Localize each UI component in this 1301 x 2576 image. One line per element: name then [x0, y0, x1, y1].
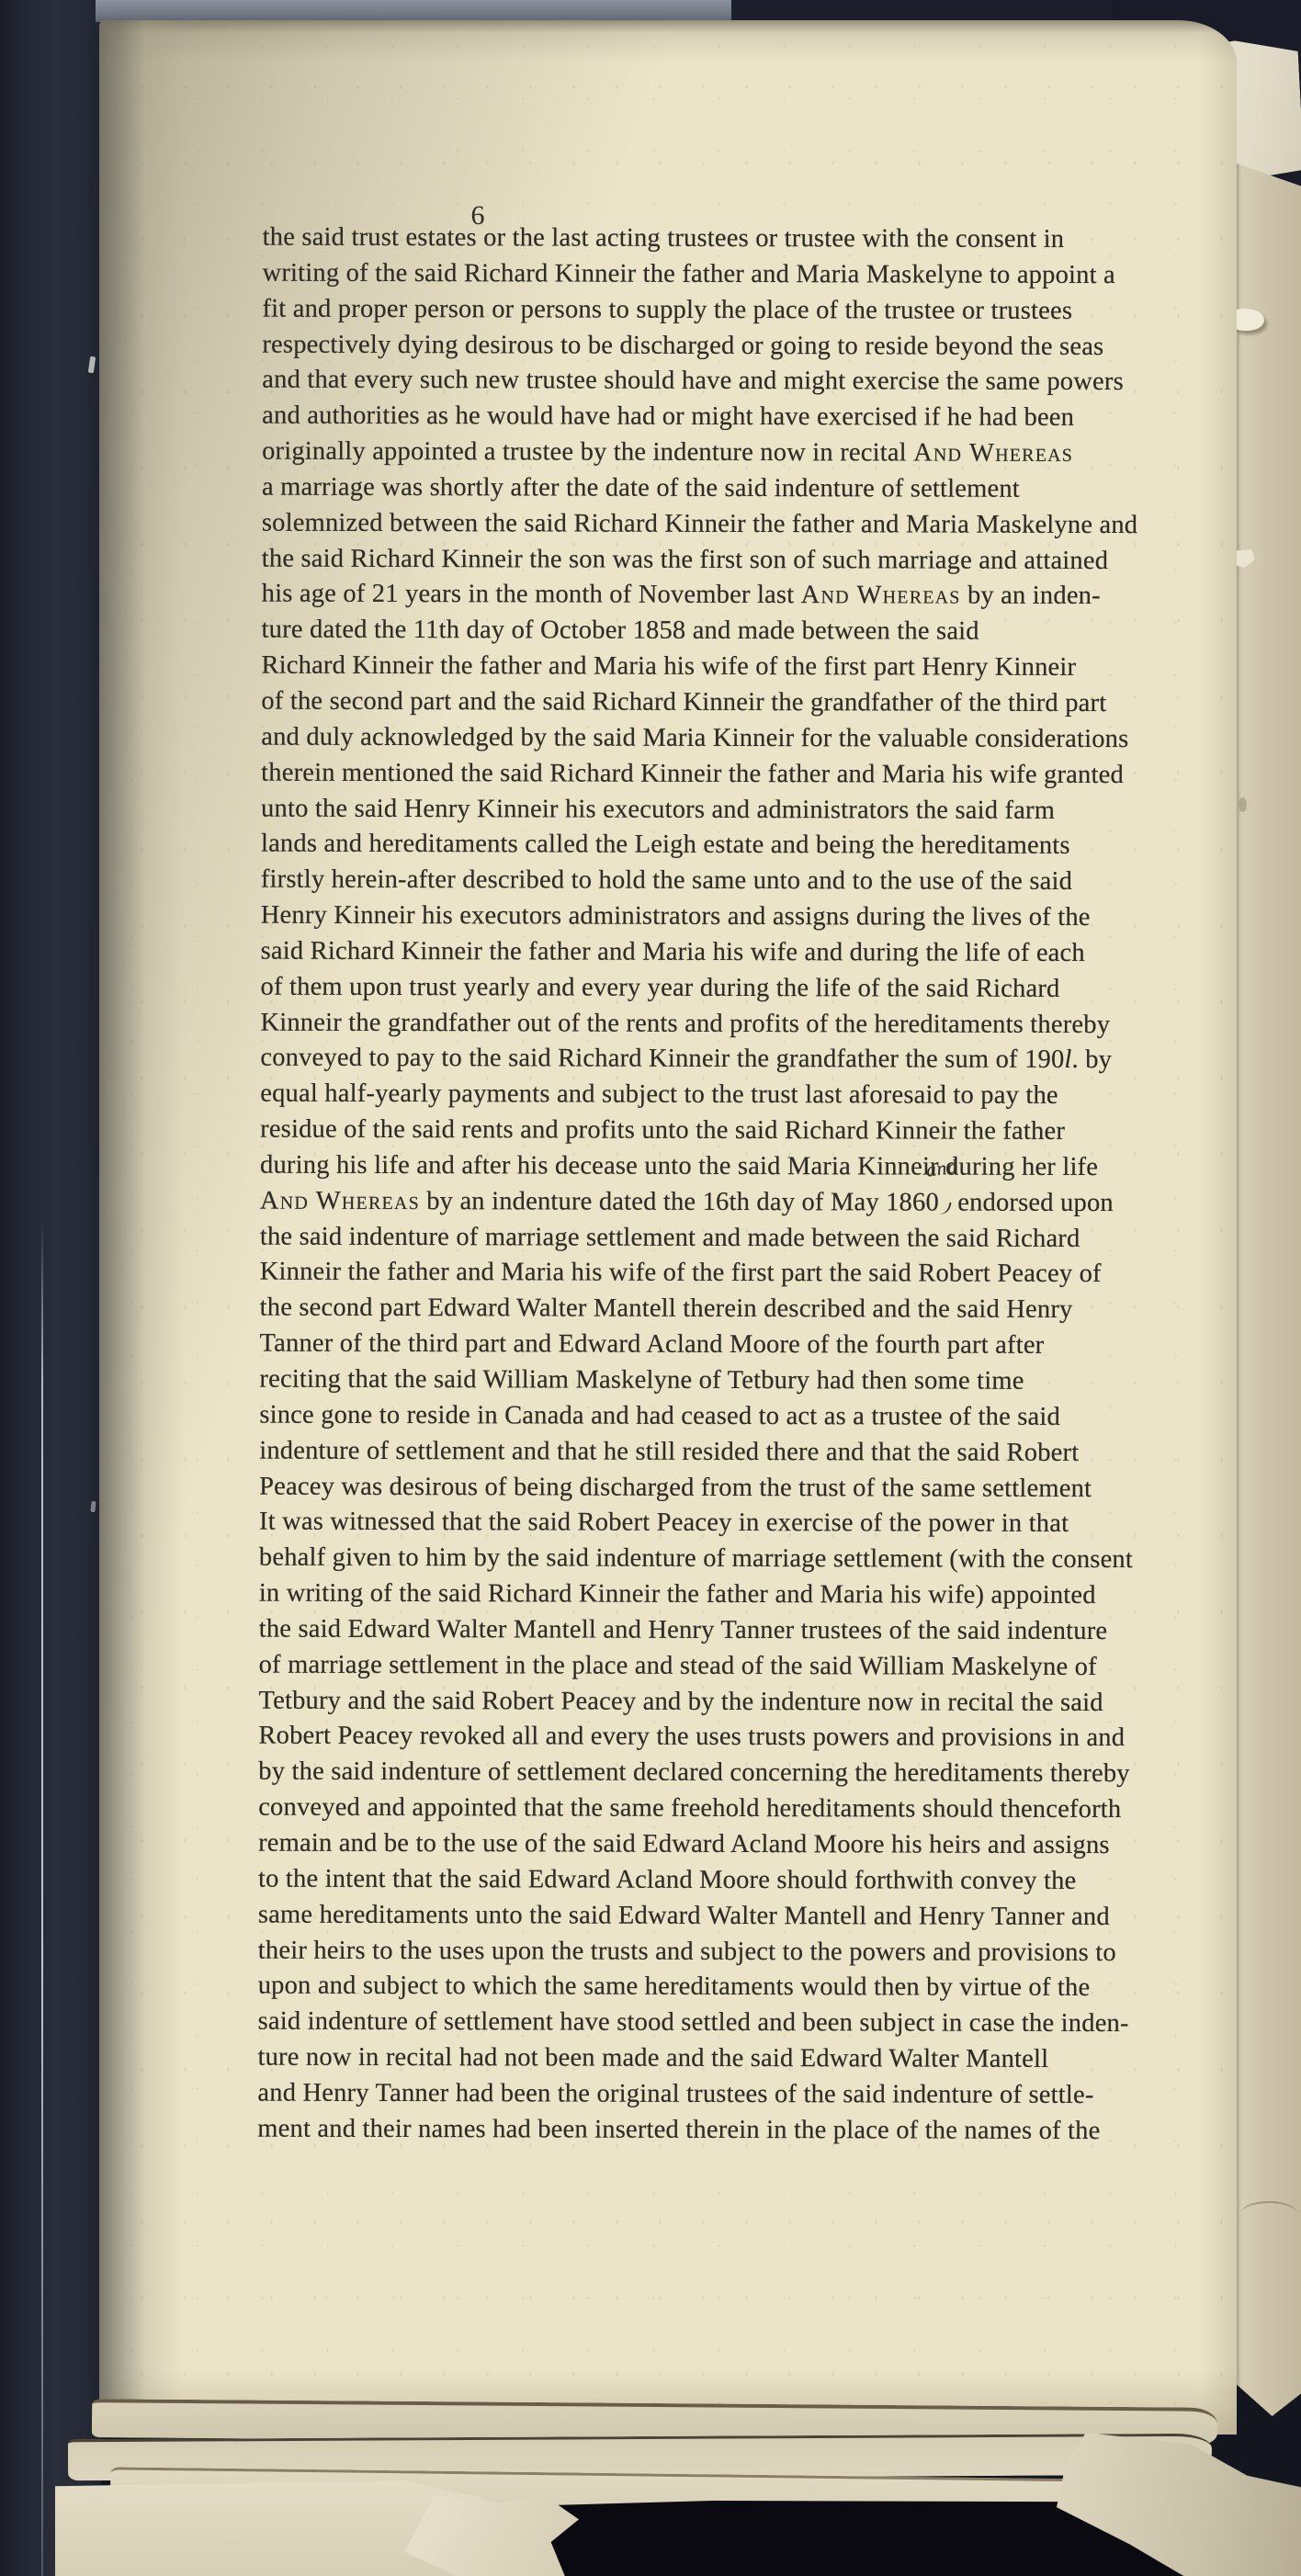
book-cover-spine [0, 0, 101, 2576]
text-line: ture now in recital had not been made an… [257, 2040, 1227, 2079]
text-line: Kinneir the father and Maria his wife of… [260, 1255, 1230, 1294]
text-line: since gone to reside in Canada and had c… [259, 1397, 1229, 1436]
text-line: originally appointed a trustee by the in… [262, 435, 1232, 473]
scanner-top-band [96, 0, 731, 22]
text-line: said indenture of settlement have stood … [258, 2005, 1228, 2043]
text-line: Peacey was desirous of being discharged … [259, 1469, 1229, 1508]
text-line: It was witnessed that the said Robert Pe… [259, 1505, 1229, 1543]
text-line: fit and proper person or persons to supp… [262, 291, 1232, 330]
text-line: therein mentioned the said Richard Kinne… [261, 755, 1231, 794]
text-line: equal half-yearly payments and subject t… [260, 1077, 1230, 1115]
text-line: during his life and after his decease un… [260, 1148, 1230, 1187]
text-line: their heirs to the uses upon the trusts … [258, 1933, 1228, 1972]
text-line: and Henry Tanner had been the original t… [257, 2075, 1227, 2114]
text-line: Kinneir the grandfather out of the rents… [260, 1005, 1230, 1044]
text-line: his age of 21 years in the month of Nove… [262, 577, 1232, 616]
text-line: conveyed and appointed that the same fre… [258, 1791, 1228, 1829]
text-line: Robert Peacey revoked all and every the … [258, 1719, 1228, 1757]
text-line: conveyed to pay to the said Richard Kinn… [260, 1041, 1230, 1079]
paper-crease [1240, 2201, 1297, 2227]
text-line: the second part Edward Walter Mantell th… [260, 1291, 1230, 1329]
text-line: the said indenture of marriage settlemen… [260, 1219, 1230, 1258]
text-line: Tanner of the third part and Edward Acla… [259, 1327, 1229, 1365]
text-line: the said Richard Kinneir the son was the… [262, 541, 1232, 580]
text-line: And Whereas by an indenture dated the 16… [260, 1183, 1230, 1222]
caret-icon [938, 1200, 951, 1215]
text-line: said Richard Kinneir the father and Mari… [261, 933, 1231, 972]
text-line: the said trust estates or the last actin… [263, 220, 1233, 259]
text-line: the said Edward Walter Mantell and Henry… [259, 1612, 1229, 1651]
text-line: and authorities as he would have had or … [262, 399, 1232, 437]
text-line: to the intent that the said Edward Aclan… [258, 1861, 1228, 1900]
text-line: ment and their names had been inserted t… [257, 2111, 1227, 2150]
paper-notch-mark [1239, 797, 1247, 812]
text-line: firstly herein-after described to hold t… [261, 863, 1231, 901]
text-line: upon and subject to which the same hered… [258, 1969, 1228, 2007]
text-line: Tetbury and the said Robert Peacey and b… [258, 1683, 1228, 1722]
text-line: and that every such new trustee should h… [262, 363, 1232, 401]
text-line: in writing of the said Richard Kinneir t… [259, 1576, 1229, 1615]
text-line: of marriage settlement in the place and … [259, 1647, 1229, 1686]
cover-edge-highlight [41, 1222, 43, 2576]
text-line: writing of the said Richard Kinneir the … [263, 255, 1233, 294]
text-line: ture dated the 11th day of October 1858 … [262, 613, 1232, 651]
text-line: respectively dying desirous to be discha… [262, 327, 1232, 366]
body-text: the said trust estates or the last actin… [257, 220, 1232, 2150]
text-line: Henry Kinneir his executors administrato… [261, 898, 1231, 937]
text-line: of the second part and the said Richard … [261, 684, 1231, 723]
text-line: a marriage was shortly after the date of… [262, 470, 1232, 509]
text-line: behalf given to him by the said indentur… [259, 1541, 1229, 1579]
text-line: by the said indenture of settlement decl… [258, 1755, 1228, 1793]
text-line: and duly acknowledged by the said Maria … [261, 719, 1231, 758]
text-line: same hereditaments unto the said Edward … [258, 1897, 1228, 1936]
text-line: remain and be to the use of the said Edw… [258, 1826, 1228, 1865]
handwritten-insertion: and [939, 1188, 951, 1216]
text-line: solemnized between the said Richard Kinn… [262, 505, 1232, 544]
text-line: Richard Kinneir the father and Maria his… [261, 649, 1231, 687]
text-line: lands and hereditaments called the Leigh… [261, 827, 1231, 865]
text-line: reciting that the said William Maskelyne… [259, 1362, 1229, 1401]
page-stack-edge [1237, 164, 1301, 2416]
text-line: of them upon trust yearly and every year… [261, 969, 1231, 1008]
text-line: indenture of settlement and that he stil… [259, 1433, 1229, 1472]
text-line: residue of the said rents and profits un… [260, 1113, 1230, 1151]
text-line: unto the said Henry Kinneir his executor… [261, 791, 1231, 830]
